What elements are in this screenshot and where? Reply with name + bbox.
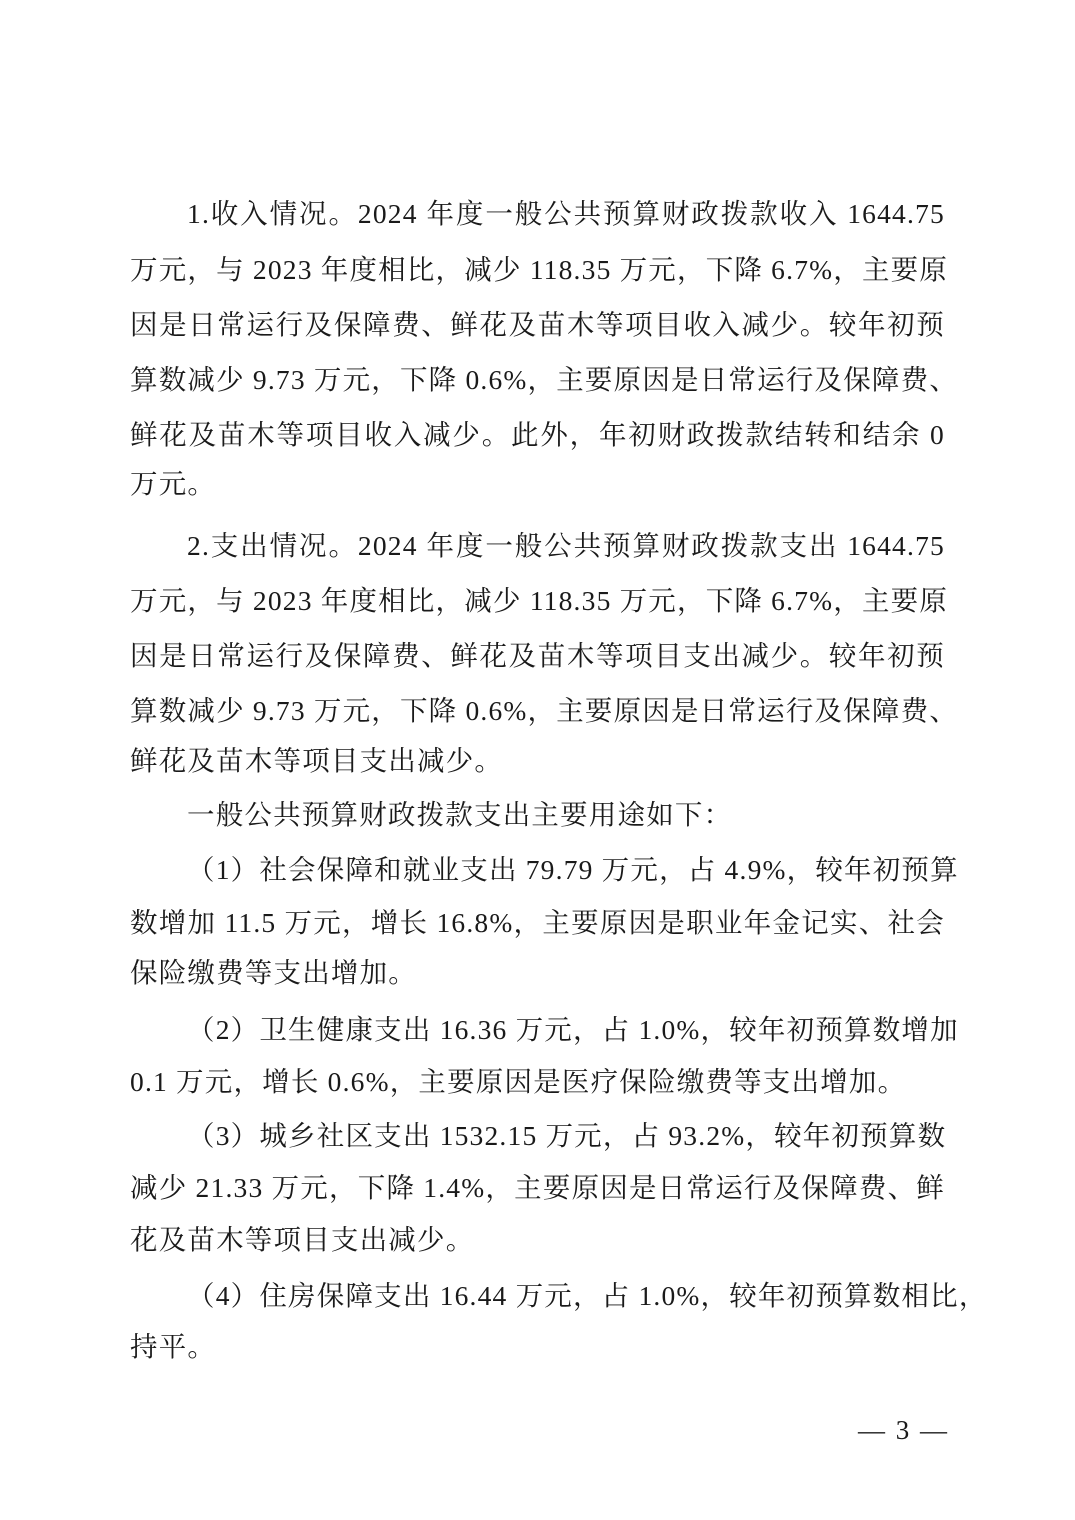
item-2-line-1: （2）卫生健康支出 16.36 万元，占 1.0%，较年初预算数增加: [187, 1012, 945, 1048]
item-1-line-3: 保险缴费等支出增加。: [130, 955, 945, 991]
item-4-line-1: （4）住房保障支出 16.44 万元，占 1.0%，较年初预算数相比，: [187, 1278, 945, 1314]
item-1-line-2: 数增加 11.5 万元，增长 16.8%，主要原因是职业年金记实、社会: [130, 905, 945, 941]
income-paragraph-line-6: 万元。: [130, 466, 945, 502]
document-page: 1.收入情况。2024 年度一般公共预算财政拨款收入 1644.75 万元，与 …: [0, 0, 1075, 1520]
income-paragraph-line-5: 鲜花及苗木等项目收入减少。此外，年初财政拨款结转和结余 0: [130, 417, 945, 453]
income-paragraph-line-4: 算数减少 9.73 万元，下降 0.6%，主要原因是日常运行及保障费、: [130, 362, 945, 398]
expenditure-paragraph-line-2: 万元，与 2023 年度相比，减少 118.35 万元，下降 6.7%，主要原: [130, 583, 945, 619]
income-paragraph-line-3: 因是日常运行及保障费、鲜花及苗木等项目收入减少。较年初预: [130, 307, 945, 343]
item-3-line-2: 减少 21.33 万元，下降 1.4%，主要原因是日常运行及保障费、鲜: [130, 1170, 945, 1206]
expenditure-paragraph-line-4: 算数减少 9.73 万元，下降 0.6%，主要原因是日常运行及保障费、: [130, 693, 945, 729]
page-number: — 3 —: [858, 1412, 948, 1448]
item-3-line-1: （3）城乡社区支出 1532.15 万元，占 93.2%，较年初预算数: [187, 1118, 945, 1154]
expenditure-paragraph-line-1: 2.支出情况。2024 年度一般公共预算财政拨款支出 1644.75: [187, 528, 945, 564]
income-paragraph-line-1: 1.收入情况。2024 年度一般公共预算财政拨款收入 1644.75: [187, 196, 945, 232]
uses-intro-line: 一般公共预算财政拨款支出主要用途如下：: [187, 797, 945, 833]
item-3-line-3: 花及苗木等项目支出减少。: [130, 1222, 945, 1258]
item-2-line-2: 0.1 万元，增长 0.6%，主要原因是医疗保险缴费等支出增加。: [130, 1064, 945, 1100]
income-paragraph-line-2: 万元，与 2023 年度相比，减少 118.35 万元，下降 6.7%，主要原: [130, 252, 945, 288]
expenditure-paragraph-line-5: 鲜花及苗木等项目支出减少。: [130, 743, 945, 779]
item-4-line-2: 持平。: [130, 1329, 945, 1365]
item-1-line-1: （1）社会保障和就业支出 79.79 万元，占 4.9%，较年初预算: [187, 852, 945, 888]
expenditure-paragraph-line-3: 因是日常运行及保障费、鲜花及苗木等项目支出减少。较年初预: [130, 638, 945, 674]
